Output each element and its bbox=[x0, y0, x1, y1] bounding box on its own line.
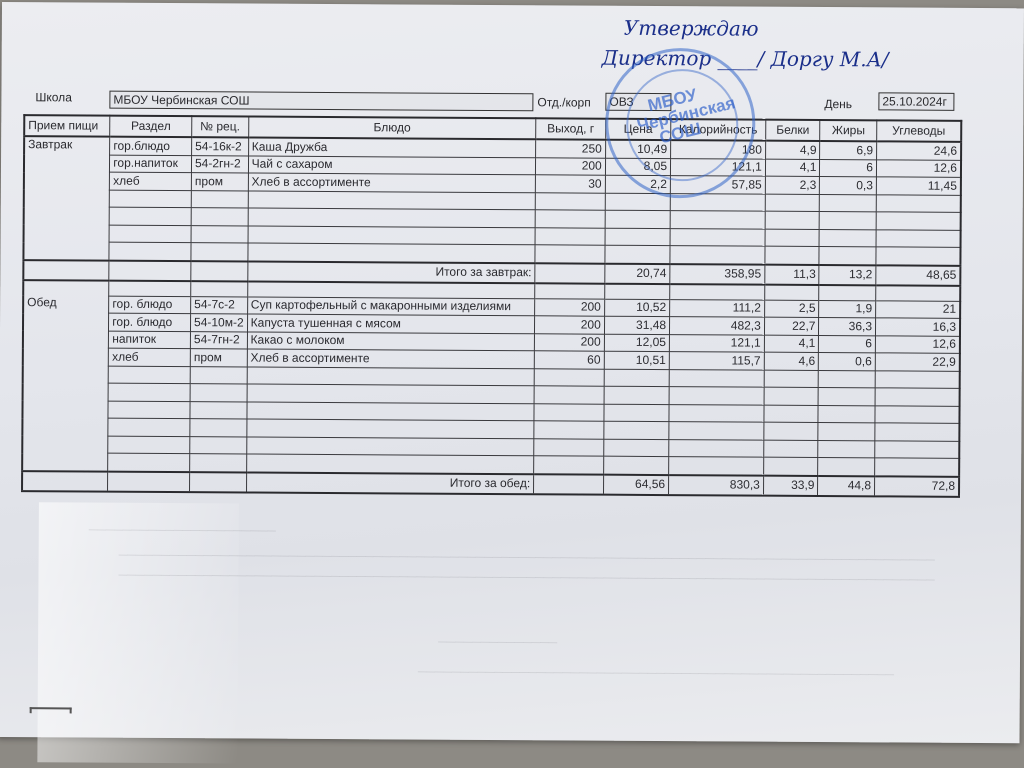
binder-clip-mark bbox=[30, 707, 72, 713]
empty-cell bbox=[765, 246, 820, 264]
empty-cell bbox=[819, 246, 876, 264]
empty-cell bbox=[246, 454, 534, 474]
empty-cell bbox=[818, 457, 875, 475]
empty-cell bbox=[108, 453, 190, 471]
meal-label: Завтрак bbox=[23, 136, 110, 260]
cell-carbs: 12,6 bbox=[875, 335, 960, 353]
empty-cell bbox=[764, 284, 819, 300]
empty-cell bbox=[604, 283, 669, 299]
empty-cell bbox=[108, 366, 190, 384]
empty-cell bbox=[22, 471, 108, 492]
total-carbs: 72,8 bbox=[875, 476, 960, 497]
empty-cell bbox=[669, 422, 764, 440]
total-kcal: 358,95 bbox=[670, 264, 765, 285]
empty-cell bbox=[875, 370, 960, 388]
day-label: День bbox=[824, 97, 852, 111]
empty-cell bbox=[534, 456, 604, 474]
column-header: Жиры bbox=[820, 120, 877, 141]
empty-cell bbox=[876, 194, 961, 212]
cell-section: хлеб bbox=[110, 172, 192, 190]
bleed-through-text: ────────────────────────────────────────… bbox=[118, 568, 934, 587]
empty-cell bbox=[670, 284, 765, 300]
empty-cell bbox=[247, 367, 535, 386]
column-header: Углеводы bbox=[877, 120, 962, 142]
menu-table: Прием пищиРаздел№ рец.БлюдоВыход, гЦенаК… bbox=[21, 114, 962, 497]
empty-cell bbox=[669, 457, 764, 476]
cell-section: гор. блюдо bbox=[109, 313, 191, 331]
empty-cell bbox=[190, 366, 247, 384]
cell-fat: 1,9 bbox=[819, 300, 876, 318]
empty-cell bbox=[763, 457, 818, 475]
column-header: Белки bbox=[765, 120, 820, 141]
paper-sheet: ────────────────────── ─────────────────… bbox=[0, 2, 1024, 743]
cell-price: 12,05 bbox=[604, 334, 669, 352]
empty-cell bbox=[108, 383, 190, 401]
total-price: 64,56 bbox=[603, 474, 668, 494]
empty-cell bbox=[819, 284, 876, 300]
empty-cell bbox=[534, 368, 604, 386]
cell-yield: 200 bbox=[535, 298, 605, 316]
empty-cell bbox=[669, 387, 764, 405]
empty-cell bbox=[535, 192, 605, 210]
empty-cell bbox=[820, 211, 877, 229]
cell-protein: 4,1 bbox=[764, 335, 819, 353]
cell-protein: 2,5 bbox=[764, 300, 819, 318]
empty-cell bbox=[819, 370, 876, 388]
empty-cell bbox=[247, 402, 535, 421]
empty-cell bbox=[605, 210, 670, 228]
cell-section: гор.напиток bbox=[110, 155, 192, 173]
total-protein: 11,3 bbox=[765, 264, 820, 284]
cell-recipe: 54-16к-2 bbox=[192, 137, 249, 155]
empty-cell bbox=[246, 437, 534, 456]
empty-cell bbox=[191, 190, 248, 208]
cell-kcal: 111,2 bbox=[670, 299, 765, 317]
empty-cell bbox=[535, 210, 605, 228]
empty-cell bbox=[875, 440, 960, 458]
empty-cell bbox=[190, 401, 247, 419]
empty-cell bbox=[604, 404, 669, 422]
empty-cell bbox=[764, 387, 819, 405]
empty-cell bbox=[246, 419, 534, 438]
empty-cell bbox=[818, 422, 875, 440]
empty-cell bbox=[875, 423, 960, 441]
empty-cell bbox=[535, 245, 605, 263]
empty-cell bbox=[875, 405, 960, 423]
empty-cell bbox=[248, 208, 536, 227]
empty-cell bbox=[535, 283, 605, 299]
empty-cell bbox=[191, 261, 248, 281]
cell-yield: 30 bbox=[535, 175, 605, 193]
empty-cell bbox=[535, 263, 605, 283]
empty-cell bbox=[534, 438, 604, 456]
empty-cell bbox=[247, 384, 535, 403]
empty-cell bbox=[604, 369, 669, 387]
cell-protein: 4,1 bbox=[765, 159, 820, 177]
empty-cell bbox=[603, 456, 668, 474]
cell-recipe: пром bbox=[191, 173, 248, 191]
empty-cell bbox=[247, 281, 535, 298]
empty-cell bbox=[190, 472, 247, 492]
empty-cell bbox=[670, 211, 765, 229]
empty-cell bbox=[765, 194, 820, 212]
empty-cell bbox=[191, 208, 248, 226]
empty-cell bbox=[190, 384, 247, 402]
cell-yield: 200 bbox=[535, 316, 605, 334]
empty-cell bbox=[534, 403, 604, 421]
empty-cell bbox=[191, 243, 248, 261]
empty-cell bbox=[108, 436, 190, 454]
school-label: Школа bbox=[35, 90, 72, 104]
cell-dish: Капуста тушенная с мясом bbox=[247, 314, 535, 333]
empty-cell bbox=[534, 386, 604, 404]
cell-price: 31,48 bbox=[604, 316, 669, 334]
bleed-through-text: ────────────────────────────────────────… bbox=[418, 665, 894, 682]
cell-carbs: 21 bbox=[876, 300, 961, 318]
column-header: Прием пищи bbox=[24, 115, 110, 137]
cell-price: 10,51 bbox=[604, 351, 669, 369]
cell-recipe: 54-7гн-2 bbox=[190, 331, 247, 349]
empty-cell bbox=[108, 418, 190, 436]
cell-recipe: 54-2гн-2 bbox=[191, 155, 248, 173]
cell-protein: 4,9 bbox=[765, 141, 820, 159]
cell-fat: 6,9 bbox=[820, 141, 877, 159]
empty-cell bbox=[108, 401, 190, 419]
cell-carbs: 11,45 bbox=[876, 177, 961, 195]
bleed-through-text: ────────────────────────────────────────… bbox=[119, 548, 935, 567]
empty-cell bbox=[109, 242, 191, 260]
cell-section: напиток bbox=[109, 331, 191, 349]
cell-fat: 6 bbox=[819, 335, 876, 353]
cell-section: гор.блюдо bbox=[110, 137, 192, 155]
empty-cell bbox=[535, 227, 605, 245]
empty-cell bbox=[876, 285, 961, 301]
empty-cell bbox=[534, 474, 604, 494]
empty-cell bbox=[819, 229, 876, 247]
cell-dish: Суп картофельный с макаронными изделиями bbox=[247, 297, 535, 316]
empty-cell bbox=[764, 405, 819, 423]
empty-cell bbox=[876, 247, 961, 266]
column-header: Выход, г bbox=[536, 118, 606, 139]
empty-cell bbox=[820, 194, 877, 212]
empty-cell bbox=[248, 243, 536, 263]
bleed-through-text: ────────────── bbox=[438, 635, 557, 650]
empty-cell bbox=[604, 386, 669, 404]
total-label: Итого за завтрак: bbox=[247, 261, 535, 283]
day-value: 25.10.2024г bbox=[878, 92, 954, 110]
official-stamp: МБОУ Чербинская СОШ bbox=[605, 48, 756, 199]
empty-cell bbox=[669, 439, 764, 457]
cell-section: хлеб bbox=[109, 348, 191, 366]
cell-kcal: 121,1 bbox=[669, 334, 764, 352]
cell-carbs: 24,6 bbox=[877, 141, 962, 160]
empty-cell bbox=[109, 225, 191, 243]
cell-kcal: 115,7 bbox=[669, 352, 764, 370]
cell-recipe: 54-10м-2 bbox=[191, 314, 248, 332]
empty-cell bbox=[248, 226, 536, 245]
empty-cell bbox=[818, 387, 875, 405]
empty-cell bbox=[764, 370, 819, 388]
empty-cell bbox=[604, 421, 669, 439]
empty-cell bbox=[818, 405, 875, 423]
empty-cell bbox=[818, 440, 875, 458]
cell-carbs: 22,9 bbox=[875, 353, 960, 371]
total-label: Итого за обед: bbox=[246, 472, 534, 494]
cell-yield: 250 bbox=[536, 139, 606, 157]
cell-dish: Какао с молоком bbox=[247, 332, 535, 351]
empty-cell bbox=[110, 190, 192, 208]
empty-cell bbox=[190, 419, 247, 437]
total-kcal: 830,3 bbox=[669, 475, 764, 496]
cell-protein: 22,7 bbox=[764, 317, 819, 335]
cell-price: 10,52 bbox=[604, 299, 669, 317]
meal-label: Обед bbox=[22, 280, 109, 472]
empty-cell bbox=[764, 422, 819, 440]
empty-cell bbox=[191, 281, 248, 297]
cell-kcal: 482,3 bbox=[670, 317, 765, 335]
total-protein: 33,9 bbox=[763, 475, 818, 495]
empty-cell bbox=[670, 246, 765, 265]
empty-cell bbox=[190, 436, 247, 454]
cell-recipe: 54-7с-2 bbox=[191, 296, 248, 314]
school-value: МБОУ Чербинская СОШ bbox=[109, 91, 533, 112]
column-header: Раздел bbox=[110, 116, 192, 137]
cell-carbs: 16,3 bbox=[875, 318, 960, 336]
empty-cell bbox=[109, 207, 191, 225]
cell-section: гор. блюдо bbox=[109, 296, 191, 314]
cell-fat: 0,6 bbox=[819, 352, 876, 370]
cell-yield: 200 bbox=[536, 157, 606, 175]
empty-cell bbox=[605, 245, 670, 263]
empty-cell bbox=[534, 421, 604, 439]
empty-cell bbox=[603, 439, 668, 457]
dept-label: Отд./корп bbox=[537, 95, 590, 109]
empty-cell bbox=[876, 229, 961, 247]
cell-fat: 36,3 bbox=[819, 317, 876, 335]
empty-cell bbox=[109, 260, 191, 280]
cell-protein: 2,3 bbox=[765, 176, 820, 194]
cell-dish: Чай с сахаром bbox=[248, 156, 536, 175]
bleed-through-text: ────────────────────── bbox=[89, 523, 276, 538]
cell-protein: 4,6 bbox=[764, 352, 819, 370]
cell-fat: 0,3 bbox=[820, 176, 877, 194]
cell-dish: Хлеб в ассортименте bbox=[248, 173, 536, 192]
empty-cell bbox=[669, 369, 764, 387]
empty-cell bbox=[875, 458, 960, 477]
empty-cell bbox=[765, 229, 820, 247]
empty-cell bbox=[109, 280, 191, 296]
empty-cell bbox=[875, 388, 960, 406]
total-fat: 44,8 bbox=[818, 475, 875, 495]
empty-cell bbox=[765, 211, 820, 229]
empty-cell bbox=[876, 212, 961, 230]
column-header: Блюдо bbox=[248, 117, 536, 140]
cell-dish: Каша Дружба bbox=[248, 138, 536, 158]
cell-yield: 200 bbox=[535, 333, 605, 351]
empty-cell bbox=[605, 228, 670, 246]
column-header: № рец. bbox=[192, 116, 249, 137]
empty-cell bbox=[190, 454, 247, 472]
empty-cell bbox=[670, 228, 765, 246]
empty-cell bbox=[108, 471, 190, 491]
total-carbs: 48,65 bbox=[876, 265, 961, 286]
empty-cell bbox=[764, 440, 819, 458]
total-price: 20,74 bbox=[605, 263, 670, 283]
total-fat: 13,2 bbox=[819, 264, 876, 284]
empty-cell bbox=[191, 225, 248, 243]
cell-dish: Хлеб в ассортименте bbox=[247, 349, 535, 368]
empty-cell bbox=[23, 260, 109, 281]
empty-cell bbox=[669, 404, 764, 422]
cell-yield: 60 bbox=[534, 351, 604, 369]
paper-fold-shadow bbox=[37, 502, 239, 763]
approval-title: Утверждаю bbox=[624, 16, 759, 41]
empty-cell bbox=[248, 191, 536, 210]
cell-carbs: 12,6 bbox=[876, 159, 961, 177]
cell-recipe: пром bbox=[190, 349, 247, 367]
cell-fat: 6 bbox=[820, 159, 877, 177]
